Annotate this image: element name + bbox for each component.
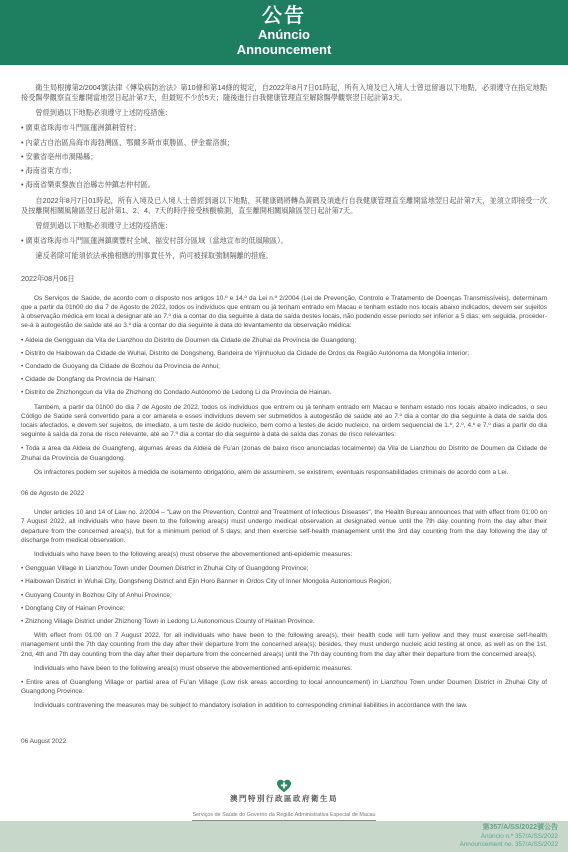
list-item: Aldeia de Gengguan da Vila de Lianzhou d… bbox=[21, 336, 547, 345]
title-chinese: 公告 bbox=[0, 5, 568, 28]
announcement-body: 衛生局根據第2/2004號法律《傳染病防治法》第10條和第14條的規定，自202… bbox=[0, 65, 568, 746]
list-item: Cidade de Dongfang da Província de Haina… bbox=[21, 375, 547, 384]
paragraph-en-measures-intro-1: Individuals who have been to the followi… bbox=[21, 550, 547, 559]
section-english: Under articles 10 and 14 of Law no. 2/20… bbox=[21, 508, 547, 746]
announcement-page: { "header": { "title_zh": "公告", "title_p… bbox=[0, 0, 568, 852]
list-item: 內蒙古自治區烏海市海勃灣區、鄂爾多斯市東勝區、伊金霍洛旗； bbox=[21, 138, 547, 148]
list-item: Toda a área da Aldeia de Guangfeng, algu… bbox=[21, 444, 547, 462]
list-item: 安徽省亳州市渦陽縣； bbox=[21, 152, 547, 162]
title-portuguese: Anúncio bbox=[0, 28, 568, 43]
paragraph-pt-yellow-code: Também, a partir da 01h00 do dia 7 de Ag… bbox=[21, 403, 547, 440]
list-item: Entire area of Guangfeng Village or part… bbox=[21, 678, 547, 696]
paragraph-en-penalty: Individuals contravening the measures ma… bbox=[21, 701, 547, 710]
list-item: Zhizhong Village District under Zhizhong… bbox=[21, 617, 547, 626]
paragraph-zh-penalty: 違反者除可能須依法承擔相應的刑事責任外，尚可被採取強制隔離的措施。 bbox=[21, 251, 547, 261]
list-item: Distrito de Haibowan da Cidade de Wuhai,… bbox=[21, 349, 547, 358]
pt-area-list-1: Aldeia de Gengguan da Vila de Lianzhou d… bbox=[21, 336, 547, 398]
footer-signature: 澳門特別行政區政府衛生局 Serviços de Saúde do Govern… bbox=[0, 779, 568, 821]
announcement-number-portuguese: Anúncio n.º 357/A/SS/2022 bbox=[0, 833, 558, 842]
section-portuguese: Os Serviços de Saúde, de acordo com o di… bbox=[21, 294, 547, 498]
paragraph-pt-law: Os Serviços de Saúde, de acordo com o di… bbox=[21, 294, 547, 331]
paragraph-en-yellow-code: With effect from 01:00 on 7 August 2022,… bbox=[21, 631, 547, 659]
paragraph-zh-measures-intro-2: 曾經到過以下地點必須遵守上述防疫措施： bbox=[21, 221, 547, 231]
en-area-list-2: Entire area of Guangfeng Village or part… bbox=[21, 678, 547, 696]
organization-name-portuguese: Serviços de Saúde do Governo da Região A… bbox=[192, 812, 375, 821]
paragraph-zh-measures-intro-1: 曾經到過以下地點必須遵守上述防疫措施： bbox=[21, 108, 547, 118]
list-item: Dongfang City of Hainan Province; bbox=[21, 604, 547, 613]
organization-name-chinese: 澳門特別行政區政府衛生局 bbox=[0, 794, 568, 803]
paragraph-en-law: Under articles 10 and 14 of Law no. 2/20… bbox=[21, 508, 547, 545]
announcement-banner: 公告 Anúncio Announcement bbox=[0, 0, 568, 65]
date-chinese: 2022年08月06日 bbox=[21, 274, 547, 284]
paragraph-zh-law: 衛生局根據第2/2004號法律《傳染病防治法》第10條和第14條的規定，自202… bbox=[21, 83, 547, 103]
list-item: Gengguan Village in Lianzhou Town under … bbox=[21, 564, 547, 573]
zh-area-list-1: 廣東省珠海市斗門區蓮洲鎮耕管村；內蒙古自治區烏海市海勃灣區、鄂爾多斯市東勝區、伊… bbox=[21, 123, 547, 190]
paragraph-pt-penalty: Os infractores podem ser sujeitos à medi… bbox=[21, 468, 547, 477]
list-item: Haibowan District in Wuhai City, Dongshe… bbox=[21, 577, 547, 586]
en-area-list-1: Gengguan Village in Lianzhou Town under … bbox=[21, 564, 547, 626]
section-chinese: 衛生局根據第2/2004號法律《傳染病防治法》第10條和第14條的規定，自202… bbox=[21, 83, 547, 284]
zh-area-list-2: 廣東省珠海市斗門區蓮洲鎮廣豐村全域、福安村部分區域（當地宣布的低風險區）。 bbox=[21, 236, 547, 246]
date-portuguese: 06 de Agosto de 2022 bbox=[21, 489, 547, 498]
list-item: Guoyang County in Bozhou City of Anhui P… bbox=[21, 591, 547, 600]
paragraph-en-measures-intro-2: Individuals who have been to the followi… bbox=[21, 664, 547, 673]
list-item: Distrito de Zhizhongcun da Vila de Zhizh… bbox=[21, 388, 547, 397]
health-bureau-logo-icon bbox=[276, 779, 292, 793]
list-item: 廣東省珠海市斗門區蓮洲鎮耕管村； bbox=[21, 123, 547, 133]
announcement-number-english: Announcement no. 357/A/SS/2022 bbox=[0, 841, 558, 850]
date-english: 06 August 2022 bbox=[21, 737, 547, 746]
title-english: Announcement bbox=[0, 43, 568, 58]
list-item: 海南省東方市； bbox=[21, 166, 547, 176]
paragraph-zh-yellow-code: 自2022年8月7日01時起，所有入境及已入境人士曾經到過以下地點，其健康碼將轉… bbox=[21, 196, 547, 216]
footer-reference-band: 第357/A/SS/2022號公告 Anúncio n.º 357/A/SS/2… bbox=[0, 821, 568, 852]
list-item: 廣東省珠海市斗門區蓮洲鎮廣豐村全域、福安村部分區域（當地宣布的低風險區）。 bbox=[21, 236, 547, 246]
list-item: 海南省樂東黎族自治縣志仲鎮志仲村區。 bbox=[21, 180, 547, 190]
list-item: Condado de Guoyang da Cidade de Bozhou d… bbox=[21, 362, 547, 371]
pt-area-list-2: Toda a área da Aldeia de Guangfeng, algu… bbox=[21, 444, 547, 462]
announcement-number-chinese: 第357/A/SS/2022號公告 bbox=[0, 824, 558, 833]
